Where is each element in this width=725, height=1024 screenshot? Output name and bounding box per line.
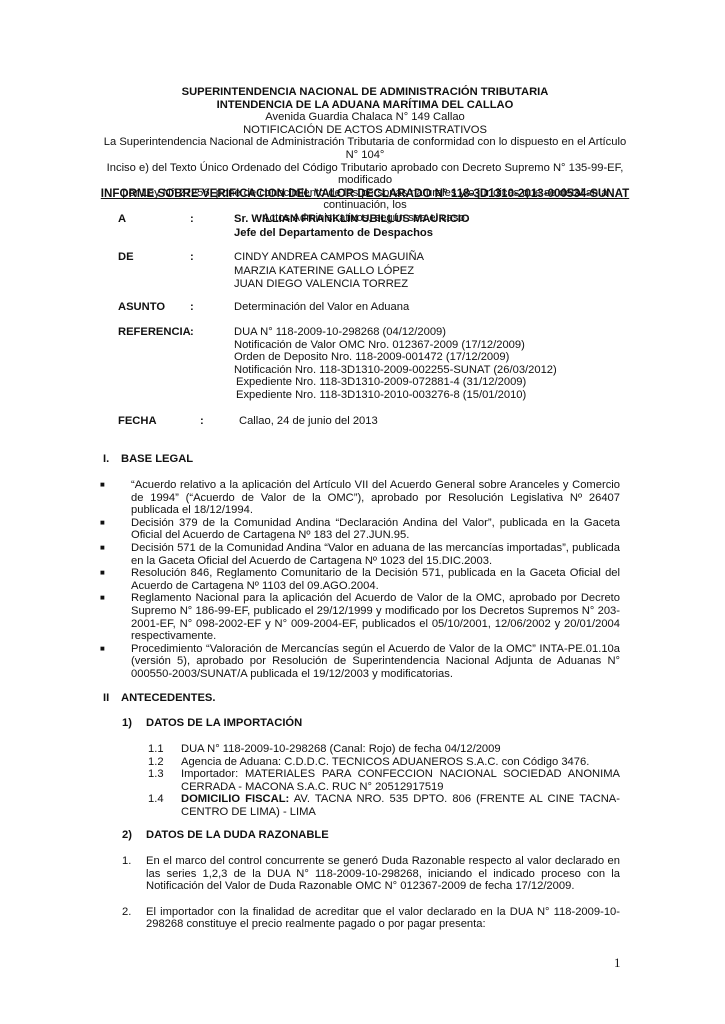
section-number: I. [103,453,109,465]
meta-colon: : [190,213,194,226]
list-item: 2.El importador con la finalidad de acre… [122,906,620,931]
subsection-number: 2) [122,829,132,841]
subsection-title: DATOS DE LA DUDA RAZONABLE [146,829,329,841]
bullet-square-icon: ■ [100,643,105,656]
sender-name: JUAN DIEGO VALENCIA TORREZ [234,278,408,291]
list-item: ■Reglamento Nacional para la aplicación … [100,592,620,642]
reasonable-doubt-list: 1.En el marco del control concurrente se… [122,855,620,931]
section-number: II [103,692,109,704]
import-data-list: 1.1DUA N° 118-2009-10-298268 (Canal: Roj… [148,743,620,819]
meta-colon: : [190,251,194,264]
bullet-square-icon: ■ [100,517,105,530]
list-item: 1.4DOMICILIO FISCAL: AV. TACNA NRO. 535 … [148,793,620,818]
subject-text: Determinación del Valor en Aduana [234,301,409,314]
recipient-title: Jefe del Departamento de Despachos [234,227,433,240]
section-heading-base-legal: I. BASE LEGAL [103,453,109,465]
reference-line: DUA N° 118-2009-10-298268 (04/12/2009) [234,326,446,339]
meta-colon: : [190,326,194,339]
section-title: BASE LEGAL [121,453,193,465]
list-item: ■“Acuerdo relativo a la aplicación del A… [100,479,620,517]
letterhead: SUPERINTENDENCIA NACIONAL DE ADMINISTRAC… [100,86,630,225]
section-title: ANTECEDENTES. [121,692,215,704]
legal-basis-list: ■“Acuerdo relativo a la aplicación del A… [100,479,620,681]
subsection-title: DATOS DE LA IMPORTACIÓN [146,717,302,729]
notice-paragraph-line: Inciso e) del Texto Único Ordenado del C… [100,162,630,187]
meta-label: FECHA [118,415,157,428]
list-item: 1.En el marco del control concurrente se… [122,855,620,893]
sender-name: MARZIA KATERINE GALLO LÓPEZ [234,265,414,278]
list-item: ■Resolución 846, Reglamento Comunitario … [100,567,620,592]
bullet-square-icon: ■ [100,479,105,492]
notice-paragraph-line: La Superintendencia Nacional de Administ… [100,136,630,161]
reference-line: Notificación Nro. 118-3D1310-2009-002255… [234,364,557,377]
report-title: INFORME SOBRE VERIFICACION DEL VALOR DEC… [100,187,630,200]
section-heading-antecedentes: II ANTECEDENTES. [103,692,109,704]
bullet-square-icon: ■ [100,567,105,580]
list-item: ■Procedimiento “Valoración de Mercancías… [100,643,620,681]
agency-name: SUPERINTENDENCIA NACIONAL DE ADMINISTRAC… [100,86,630,99]
meta-label: ASUNTO [118,301,165,314]
office-name: INTENDENCIA DE LA ADUANA MARÍTIMA DEL CA… [100,99,630,112]
meta-label: A [118,213,126,226]
subsection-heading-importacion: 1) DATOS DE LA IMPORTACIÓN [122,717,132,729]
date-text: Callao, 24 de junio del 2013 [239,415,378,428]
list-item: 1.2Agencia de Aduana: C.D.D.C. TECNICOS … [148,756,620,769]
meta-colon: : [200,415,204,428]
subsection-number: 1) [122,717,132,729]
reference-line: Orden de Deposito Nro. 118-2009-001472 (… [234,351,509,364]
meta-label: REFERENCIA [118,326,191,339]
sender-name: CINDY ANDREA CAMPOS MAGUIÑA [234,251,424,264]
document-page: SUPERINTENDENCIA NACIONAL DE ADMINISTRAC… [0,0,725,1024]
office-address: Avenida Guardia Chalaca N° 149 Callao [100,111,630,124]
meta-label: DE [118,251,134,264]
page-number: 1 [614,955,621,971]
recipient-name: Sr. WILLIAN FRANKLIN UBILLUS MAURICIO [234,213,470,226]
bullet-square-icon: ■ [100,542,105,555]
reference-line: Expediente Nro. 118-3D1310-2009-072881-4… [236,376,526,389]
reference-line: Expediente Nro. 118-3D1310-2010-003276-8… [236,389,526,402]
list-item: 1.3Importador: MATERIALES PARA CONFECCIO… [148,768,620,793]
subsection-heading-duda-razonable: 2) DATOS DE LA DUDA RAZONABLE [122,829,132,841]
reference-line: Notificación de Valor OMC Nro. 012367-20… [234,339,525,352]
bullet-square-icon: ■ [100,592,105,605]
meta-colon: : [190,301,194,314]
fiscal-address-label: DOMICILIO FISCAL: [181,793,289,805]
list-item: ■Decisión 379 de la Comunidad Andina “De… [100,517,620,542]
list-item: 1.1DUA N° 118-2009-10-298268 (Canal: Roj… [148,743,620,756]
list-item: ■Decisión 571 de la Comunidad Andina “Va… [100,542,620,567]
notice-title: NOTIFICACIÓN DE ACTOS ADMINISTRATIVOS [100,124,630,137]
